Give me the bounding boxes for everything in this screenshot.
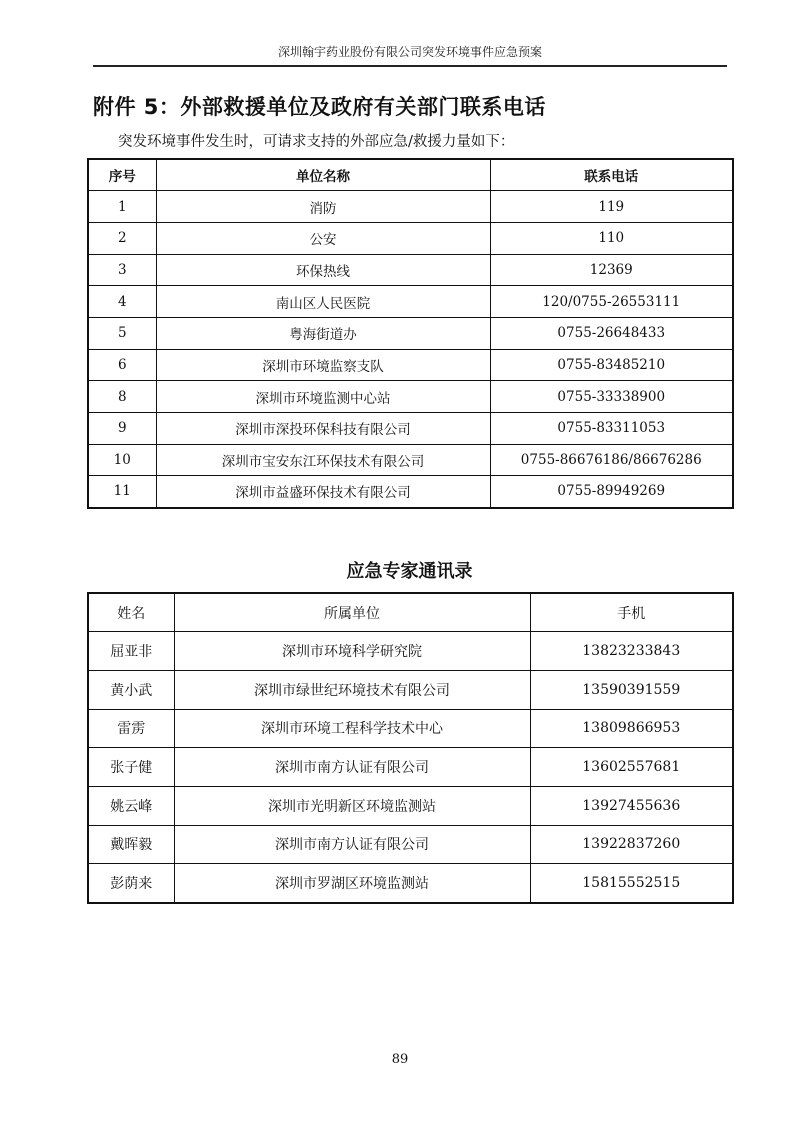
expert-name: 张子健: [88, 748, 174, 787]
row-number: 6: [88, 349, 156, 381]
table-row: 9 深圳市深投环保科技有限公司 0755-83311053: [88, 413, 733, 445]
expert-mobile: 13927455636: [530, 786, 733, 825]
phone-number: 120/0755-26553111: [490, 286, 733, 318]
expert-name: 戴晖毅: [88, 825, 174, 864]
column-header-name: 姓名: [88, 593, 174, 632]
expert-affiliation: 深圳市光明新区环境监测站: [174, 786, 530, 825]
expert-affiliation: 深圳市南方认证有限公司: [174, 825, 530, 864]
row-number: 3: [88, 254, 156, 286]
expert-mobile: 13590391559: [530, 670, 733, 709]
expert-affiliation: 深圳市环境工程科学技术中心: [174, 709, 530, 748]
phone-number: 0755-26648433: [490, 317, 733, 349]
column-header-phone: 联系电话: [490, 159, 733, 191]
column-header-number: 序号: [88, 159, 156, 191]
phone-number: 110: [490, 222, 733, 254]
row-number: 5: [88, 317, 156, 349]
row-number: 8: [88, 381, 156, 413]
expert-affiliation: 深圳市绿世纪环境技术有限公司: [174, 670, 530, 709]
unit-name: 粤海街道办: [156, 317, 490, 349]
section-title: 附件 5：外部救援单位及政府有关部门联系电话: [93, 93, 546, 121]
table-row: 雷雳 深圳市环境工程科学技术中心 13809866953: [88, 709, 733, 748]
row-number: 4: [88, 286, 156, 318]
experts-table: 姓名 所属单位 手机 屈亚非 深圳市环境科学研究院 13823233843 黄小…: [87, 592, 734, 904]
table-header-row: 序号 单位名称 联系电话: [88, 159, 733, 191]
row-number: 2: [88, 222, 156, 254]
unit-name: 环保热线: [156, 254, 490, 286]
intro-paragraph: 突发环境事件发生时，可请求支持的外部应急/救援力量如下：: [118, 132, 514, 152]
table-row: 8 深圳市环境监测中心站 0755-33338900: [88, 381, 733, 413]
table-row: 5 粤海街道办 0755-26648433: [88, 317, 733, 349]
unit-name: 深圳市益盛环保技术有限公司: [156, 476, 490, 508]
column-header-affiliation: 所属单位: [174, 593, 530, 632]
expert-mobile: 13922837260: [530, 825, 733, 864]
expert-name: 姚云峰: [88, 786, 174, 825]
table-row: 6 深圳市环境监察支队 0755-83485210: [88, 349, 733, 381]
table-row: 10 深圳市宝安东江环保技术有限公司 0755-86676186/8667628…: [88, 444, 733, 476]
row-number: 9: [88, 413, 156, 445]
external-contacts-table: 序号 单位名称 联系电话 1 消防 119 2 公安 110 3 环保热线 12…: [87, 158, 734, 509]
header-divider: [93, 65, 727, 67]
unit-name: 深圳市宝安东江环保技术有限公司: [156, 444, 490, 476]
expert-mobile: 13823233843: [530, 632, 733, 671]
unit-name: 消防: [156, 191, 490, 223]
column-header-unit: 单位名称: [156, 159, 490, 191]
phone-number: 0755-33338900: [490, 381, 733, 413]
row-number: 11: [88, 476, 156, 508]
page-number: 89: [0, 1052, 800, 1067]
table-row: 彭荫来 深圳市罗湖区环境监测站 15815552515: [88, 864, 733, 903]
expert-mobile: 13809866953: [530, 709, 733, 748]
running-header: 深圳翰宇药业股份有限公司突发环境事件应急预案: [93, 44, 727, 60]
unit-name: 南山区人民医院: [156, 286, 490, 318]
unit-name: 深圳市环境监察支队: [156, 349, 490, 381]
unit-name: 公安: [156, 222, 490, 254]
table-row: 戴晖毅 深圳市南方认证有限公司 13922837260: [88, 825, 733, 864]
table-row: 4 南山区人民医院 120/0755-26553111: [88, 286, 733, 318]
table-row: 11 深圳市益盛环保技术有限公司 0755-89949269: [88, 476, 733, 508]
table-row: 2 公安 110: [88, 222, 733, 254]
table-header-row: 姓名 所属单位 手机: [88, 593, 733, 632]
unit-name: 深圳市深投环保科技有限公司: [156, 413, 490, 445]
column-header-mobile: 手机: [530, 593, 733, 632]
table-row: 1 消防 119: [88, 191, 733, 223]
expert-name: 屈亚非: [88, 632, 174, 671]
phone-number: 0755-83485210: [490, 349, 733, 381]
row-number: 10: [88, 444, 156, 476]
row-number: 1: [88, 191, 156, 223]
expert-affiliation: 深圳市南方认证有限公司: [174, 748, 530, 787]
table-row: 屈亚非 深圳市环境科学研究院 13823233843: [88, 632, 733, 671]
phone-number: 12369: [490, 254, 733, 286]
expert-name: 雷雳: [88, 709, 174, 748]
expert-name: 彭荫来: [88, 864, 174, 903]
expert-name: 黄小武: [88, 670, 174, 709]
phone-number: 0755-89949269: [490, 476, 733, 508]
expert-mobile: 13602557681: [530, 748, 733, 787]
phone-number: 0755-86676186/86676286: [490, 444, 733, 476]
table-row: 张子健 深圳市南方认证有限公司 13602557681: [88, 748, 733, 787]
table-row: 姚云峰 深圳市光明新区环境监测站 13927455636: [88, 786, 733, 825]
table-row: 3 环保热线 12369: [88, 254, 733, 286]
phone-number: 119: [490, 191, 733, 223]
phone-number: 0755-83311053: [490, 413, 733, 445]
expert-mobile: 15815552515: [530, 864, 733, 903]
unit-name: 深圳市环境监测中心站: [156, 381, 490, 413]
table-row: 黄小武 深圳市绿世纪环境技术有限公司 13590391559: [88, 670, 733, 709]
expert-affiliation: 深圳市环境科学研究院: [174, 632, 530, 671]
experts-directory-title: 应急专家通讯录: [87, 559, 732, 585]
expert-affiliation: 深圳市罗湖区环境监测站: [174, 864, 530, 903]
